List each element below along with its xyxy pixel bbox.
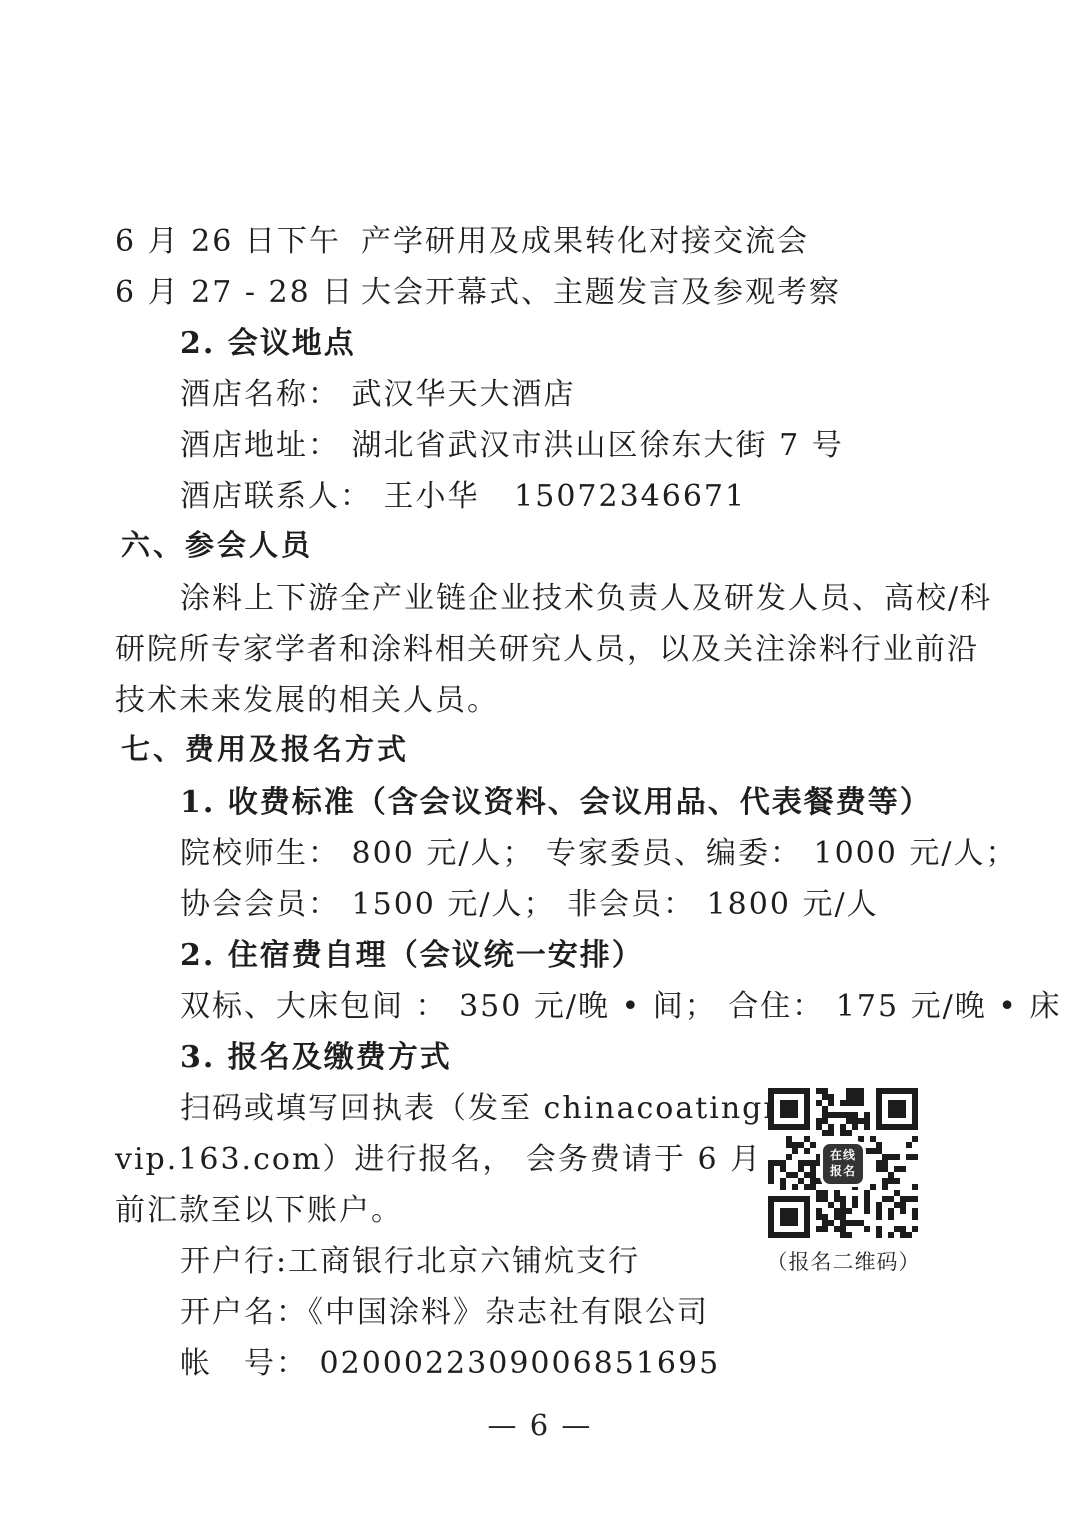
text-line: 3. 报名及缴费方式 [115, 1028, 965, 1079]
text-line: 研院所专家学者和涂料相关研究人员，以及关注涂料行业前沿 [115, 620, 965, 671]
page-number: — 6 — [0, 1408, 1080, 1442]
text-line: 酒店联系人： 王小华 15072346671 [115, 467, 965, 518]
text-line: 院校师生： 800 元/人； 专家委员、编委： 1000 元/人； [115, 824, 965, 875]
text-line: 开户名：《中国涂料》杂志社有限公司 [115, 1283, 965, 1334]
text-line: 6 月 27 - 28 日大会开幕式、主题发言及参观考察 [115, 263, 965, 314]
text-line: 6 月 26 日下午产学研用及成果转化对接交流会 [115, 212, 965, 263]
text-line: 2. 住宿费自理（会议统一安排） [115, 926, 965, 977]
schedule-time: 6 月 27 - 28 日 [115, 267, 361, 311]
section-heading: 六、参会人员 [115, 518, 965, 569]
schedule-time: 6 月 26 日下午 [115, 216, 361, 260]
qr-badge-line1: 在线 [830, 1148, 856, 1164]
qr-center-badge: 在线 报名 [823, 1144, 863, 1184]
text-line: 涂料上下游全产业链企业技术负责人及研发人员、高校/科 [115, 569, 965, 620]
schedule-event: 产学研用及成果转化对接交流会 [361, 216, 809, 260]
text-line: 2. 会议地点 [115, 314, 965, 365]
text-line: 帐 号： 0200022309006851695 [115, 1334, 965, 1385]
section-heading: 七、费用及报名方式 [115, 722, 965, 773]
qr-badge-line2: 报名 [830, 1164, 856, 1180]
registration-qr-code: 在线 报名 [768, 1088, 918, 1240]
text-line: 酒店名称： 武汉华天大酒店 [115, 365, 965, 416]
text-line: 酒店地址： 湖北省武汉市洪山区徐东大街 7 号 [115, 416, 965, 467]
schedule-event: 大会开幕式、主题发言及参观考察 [361, 267, 841, 311]
text-line: 技术未来发展的相关人员。 [115, 671, 965, 722]
text-line: 双标、大床包间 ： 350 元/晚 • 间； 合住： 175 元/晚 • 床 [115, 977, 965, 1028]
qr-caption: （报名二维码） [756, 1246, 931, 1276]
text-line: 协会会员： 1500 元/人； 非会员： 1800 元/人 [115, 875, 965, 926]
document-page: 6 月 26 日下午产学研用及成果转化对接交流会6 月 27 - 28 日大会开… [0, 0, 1080, 1527]
text-line: 1. 收费标准（含会议资料、会议用品、代表餐费等） [115, 773, 965, 824]
